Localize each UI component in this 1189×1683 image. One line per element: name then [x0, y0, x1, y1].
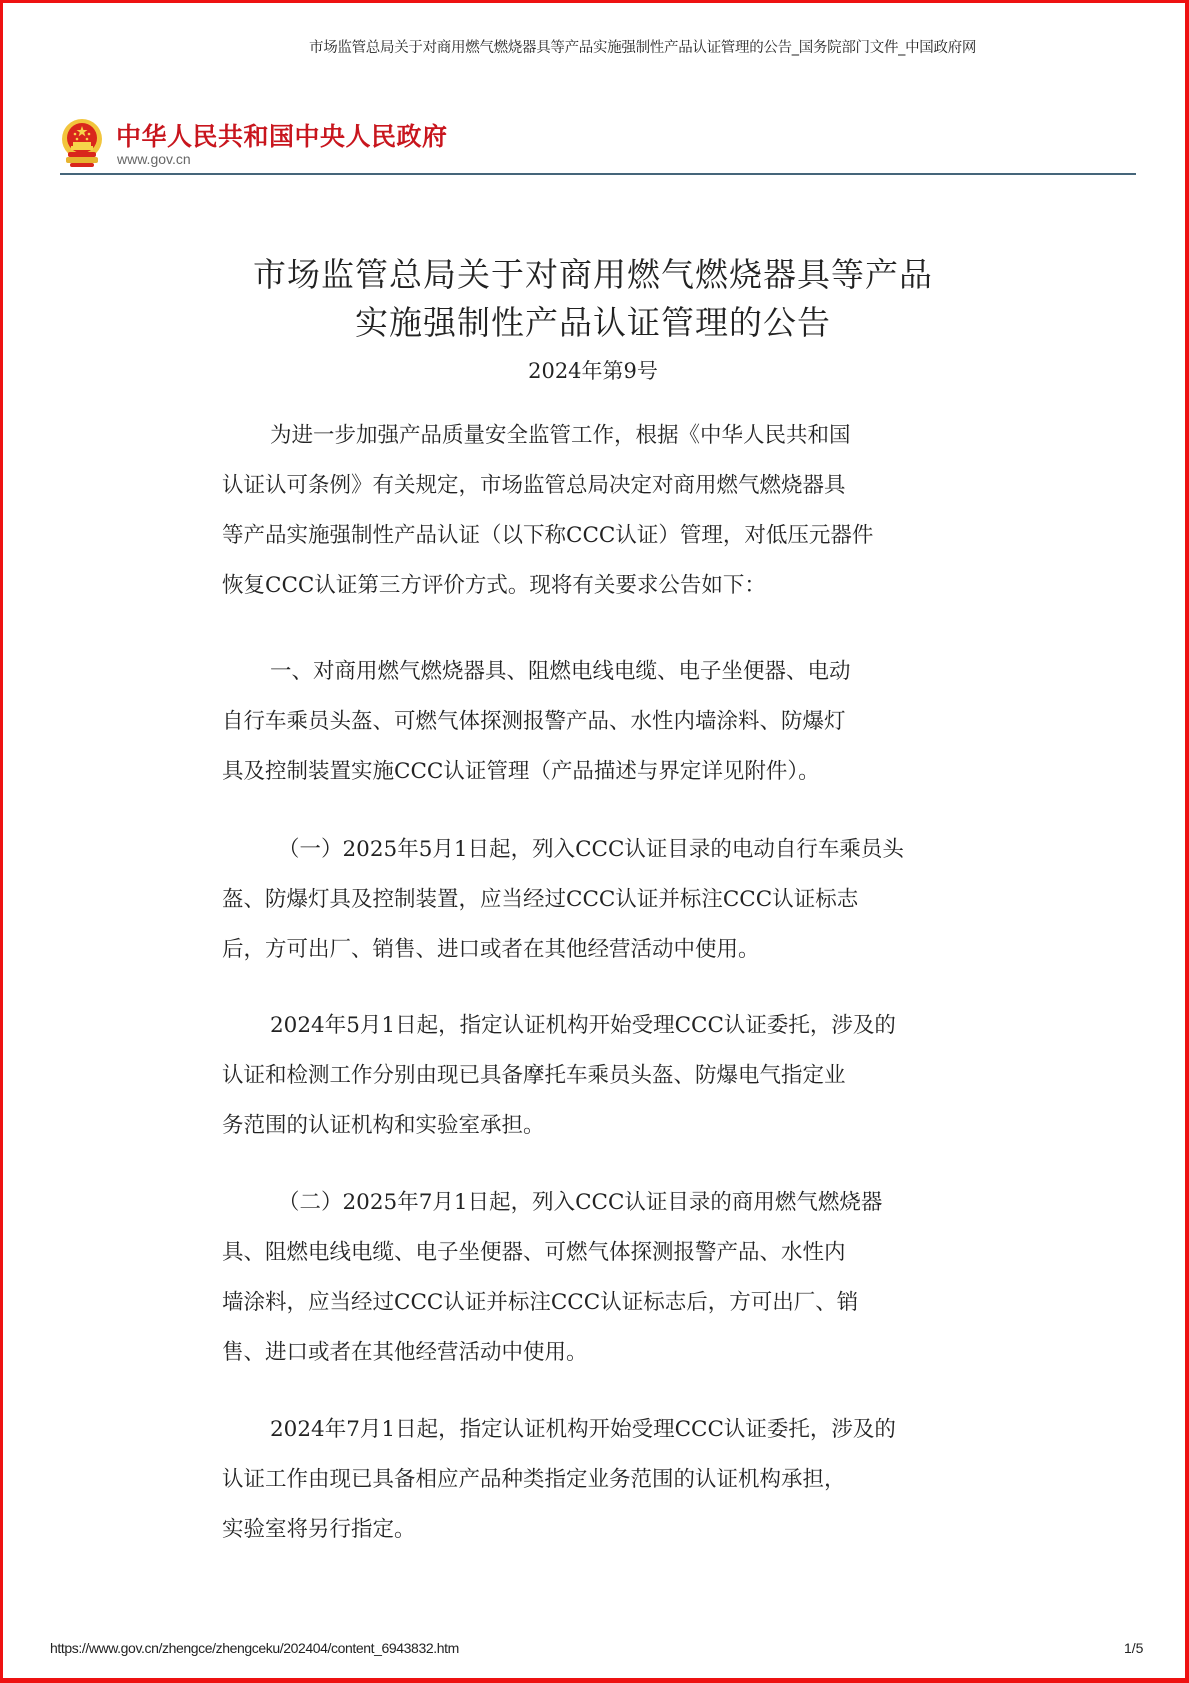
paragraph-line: 认证认可条例》有关规定，市场监管总局决定对商用燃气燃烧器具	[222, 471, 846, 501]
paragraph-line: 墙涂料，应当经过CCC认证并标注CCC认证标志后，方可出厂、销	[222, 1288, 858, 1318]
paragraph-line: 自行车乘员头盔、可燃气体探测报警产品、水性内墙涂料、防爆灯	[222, 707, 846, 737]
site-domain: www.gov.cn	[117, 151, 191, 167]
article-title-line: 市场监管总局关于对商用燃气燃烧器具等产品	[203, 251, 983, 299]
paragraph-line: 一、对商用燃气燃烧器具、阻燃电线电缆、电子坐便器、电动	[270, 657, 851, 687]
paragraph-line: 认证和检测工作分别由现已具备摩托车乘员头盔、防爆电气指定业	[222, 1061, 846, 1091]
paragraph-line: 2024年5月1日起，指定认证机构开始受理CCC认证委托，涉及的	[270, 1011, 896, 1041]
paragraph-line: 2024年7月1日起，指定认证机构开始受理CCC认证委托，涉及的	[270, 1415, 896, 1445]
paragraph-line: 认证工作由现已具备相应产品种类指定业务范围的认证机构承担，	[222, 1465, 846, 1495]
paragraph-line: 实验室将另行指定。	[222, 1515, 416, 1545]
paragraph-line: 后，方可出厂、销售、进口或者在其他经营活动中使用。	[222, 935, 760, 965]
paragraph-line: 售、进口或者在其他经营活动中使用。	[222, 1338, 588, 1368]
header-divider	[60, 173, 1136, 175]
paragraph-line: 等产品实施强制性产品认证（以下称CCC认证）管理，对低压元器件	[222, 521, 873, 551]
paragraph-line: （一）2025年5月1日起，列入CCC认证目录的电动自行车乘员头	[278, 835, 904, 865]
paragraph-line: 务范围的认证机构和实验室承担。	[222, 1111, 545, 1141]
paragraph-line: 为进一步加强产品质量安全监管工作，根据《中华人民共和国	[270, 421, 851, 451]
print-footer-url[interactable]: https://www.gov.cn/zhengce/zhengceku/202…	[50, 1640, 459, 1656]
site-header[interactable]: 中华人民共和国中央人民政府 www.gov.cn	[60, 115, 560, 171]
national-emblem-icon	[60, 117, 104, 169]
article-title-line: 实施强制性产品认证管理的公告	[203, 299, 983, 347]
print-page-title: 市场监管总局关于对商用燃气燃烧器具等产品实施强制性产品认证管理的公告_国务院部门…	[309, 36, 976, 57]
document-number: 2024年第9号	[203, 355, 983, 385]
print-page-number: 1/5	[1124, 1640, 1143, 1656]
article-title: 市场监管总局关于对商用燃气燃烧器具等产品 实施强制性产品认证管理的公告	[203, 251, 983, 347]
paragraph-line: 恢复CCC认证第三方评价方式。现将有关要求公告如下：	[222, 571, 766, 601]
paragraph-line: 具、阻燃电线电缆、电子坐便器、可燃气体探测报警产品、水性内	[222, 1238, 846, 1268]
paragraph-line: （二）2025年7月1日起，列入CCC认证目录的商用燃气燃烧器	[278, 1188, 882, 1218]
page-frame: 市场监管总局关于对商用燃气燃烧器具等产品实施强制性产品认证管理的公告_国务院部门…	[0, 0, 1189, 1683]
site-name: 中华人民共和国中央人民政府	[116, 117, 448, 153]
paragraph-line: 盔、防爆灯具及控制装置，应当经过CCC认证并标注CCC认证标志	[222, 885, 858, 915]
paragraph-line: 具及控制装置实施CCC认证管理（产品描述与界定详见附件）。	[222, 757, 820, 787]
